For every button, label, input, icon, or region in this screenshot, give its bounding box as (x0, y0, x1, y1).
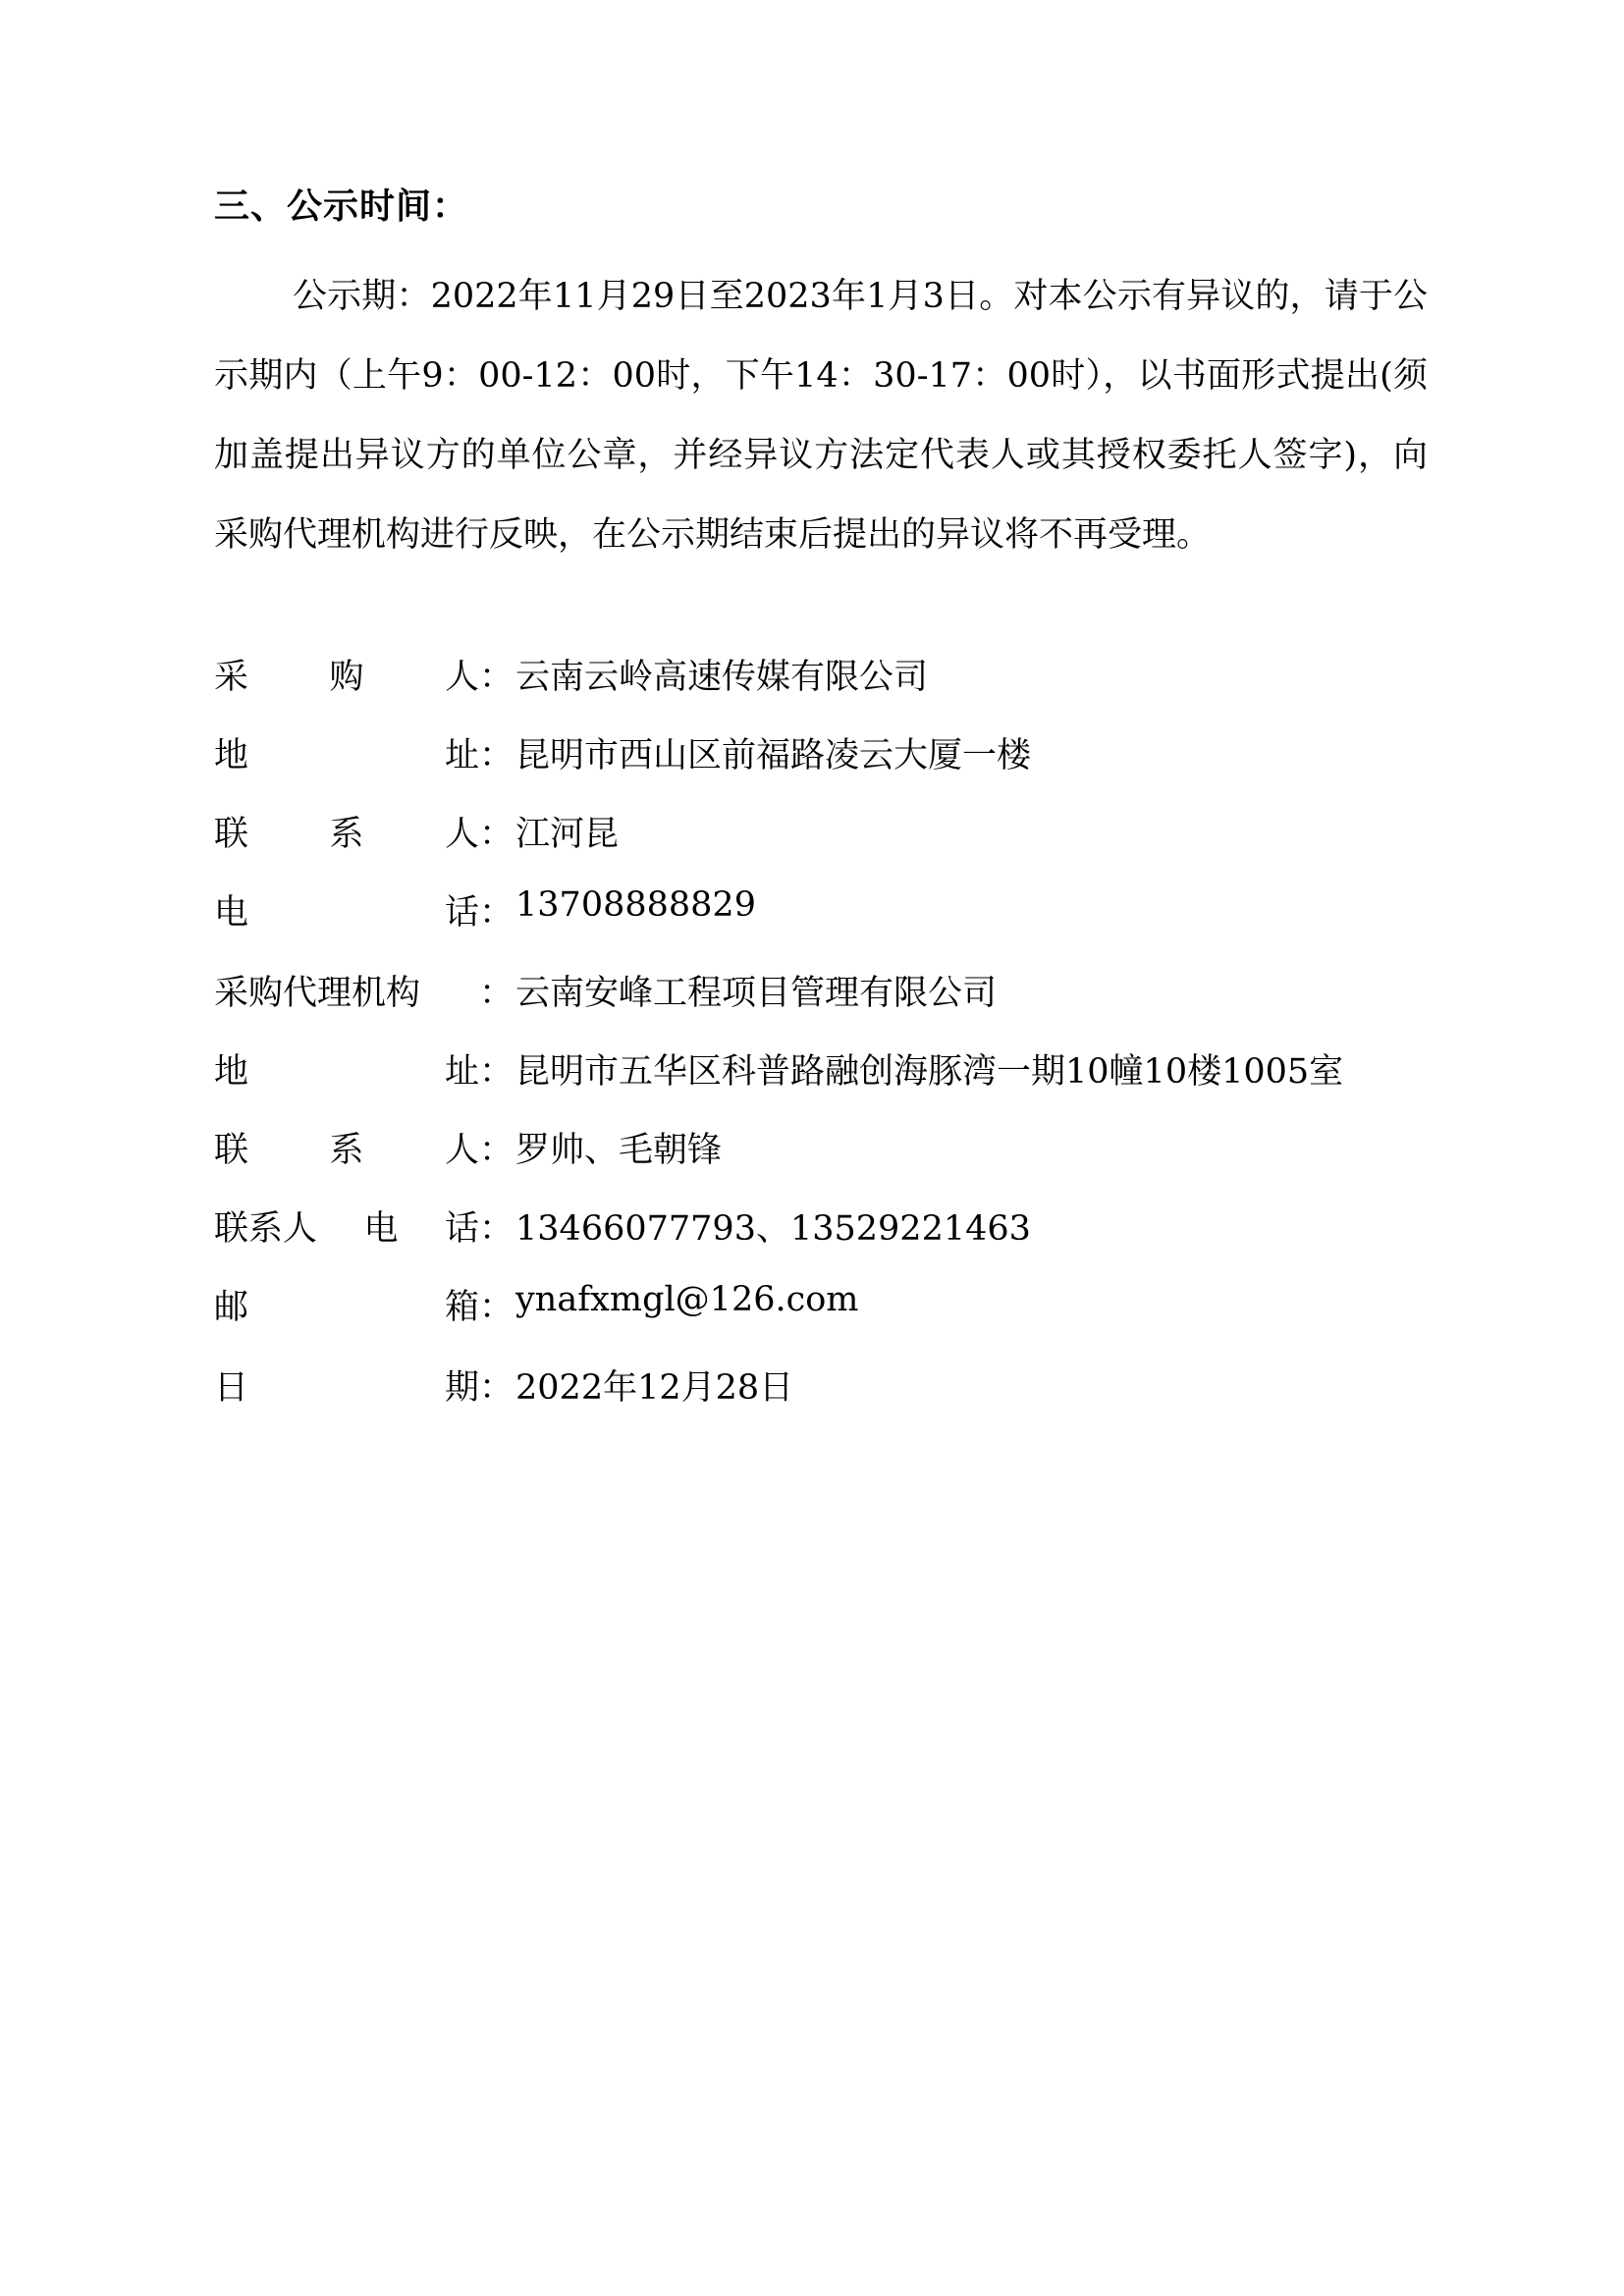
label-colon: ： (479, 650, 514, 709)
contact-label: 采购人 (214, 650, 479, 709)
label-colon: ： (479, 728, 514, 787)
label-part: 箱 (445, 1280, 479, 1339)
label-colon: ： (479, 1123, 514, 1182)
contact-row: 采购人：云南云岭高速传媒有限公司 (214, 650, 928, 709)
section-heading: 三、公示时间： (214, 179, 468, 229)
label-part: 人 (445, 1123, 479, 1182)
contact-value: 江河昆 (514, 807, 619, 866)
label-part: 系 (329, 807, 363, 866)
contact-value: 2022年12月28日 (514, 1361, 793, 1419)
contact-label: 联系人 (214, 807, 479, 866)
label-part: 地 (214, 728, 248, 787)
label-colon: ： (479, 966, 514, 1025)
label-colon: ： (479, 807, 514, 866)
contact-row: 日期：2022年12月28日 (214, 1361, 793, 1419)
contact-label: 联系人电话 (214, 1201, 479, 1260)
contact-value: 昆明市五华区科普路融创海豚湾一期10幢10楼1005室 (514, 1044, 1343, 1103)
label-part: 邮 (214, 1280, 248, 1339)
label-part: 址 (445, 1044, 479, 1103)
label-part: 话 (445, 885, 479, 944)
label-colon: ： (479, 1361, 514, 1419)
contact-label: 地址 (214, 1044, 479, 1103)
contact-row: 联系人：江河昆 (214, 807, 619, 866)
notice-paragraph: 公示期：2022年11月29日至2023年1月3日。对本公示有异议的，请于公示期… (214, 257, 1428, 575)
label-part: 购 (329, 650, 363, 709)
label-part: 联系人 (214, 1201, 317, 1260)
label-part: 联 (214, 1123, 248, 1182)
contact-label: 邮箱 (214, 1280, 479, 1339)
contact-value: 13466077793、13529221463 (514, 1201, 1031, 1260)
contact-row: 邮箱：ynafxmgl@126.com (214, 1280, 858, 1339)
label-part: 联 (214, 807, 248, 866)
contact-row: 联系人：罗帅、毛朝锋 (214, 1123, 722, 1182)
label-part: 址 (445, 728, 479, 787)
label-part: 系 (329, 1123, 363, 1182)
label-part: 日 (214, 1361, 248, 1419)
label-part: 地 (214, 1044, 248, 1103)
contact-label: 联系人 (214, 1123, 479, 1182)
contact-label: 日期 (214, 1361, 479, 1419)
contact-row: 地址：昆明市西山区前福路凌云大厦一楼 (214, 728, 1031, 787)
label-part: 期 (445, 1361, 479, 1419)
contact-value: 罗帅、毛朝锋 (514, 1123, 722, 1182)
label-part: 采购代理机构 (214, 966, 420, 1025)
label-colon: ： (479, 1044, 514, 1103)
label-colon: ： (479, 1201, 514, 1260)
label-colon: ： (479, 885, 514, 944)
label-part: 采 (214, 650, 248, 709)
contact-row: 地址：昆明市五华区科普路融创海豚湾一期10幢10楼1005室 (214, 1044, 1343, 1103)
label-part: 电 (214, 885, 248, 944)
contact-label: 采购代理机构 (214, 966, 479, 1025)
contact-row: 电话：13708888829 (214, 885, 756, 944)
contact-label: 地址 (214, 728, 479, 787)
contact-label: 电话 (214, 885, 479, 944)
contact-value: 昆明市西山区前福路凌云大厦一楼 (514, 728, 1031, 787)
contact-value: 云南安峰工程项目管理有限公司 (514, 966, 997, 1025)
contact-row: 采购代理机构：云南安峰工程项目管理有限公司 (214, 966, 997, 1025)
contact-row: 联系人电话：13466077793、13529221463 (214, 1201, 1031, 1260)
label-part: 人 (445, 650, 479, 709)
label-colon: ： (479, 1280, 514, 1339)
label-part: 人 (445, 807, 479, 866)
contact-value: 13708888829 (514, 885, 756, 944)
label-part: 电 (363, 1201, 398, 1260)
document-page: 三、公示时间： 公示期：2022年11月29日至2023年1月3日。对本公示有异… (0, 0, 1624, 2296)
label-part: 话 (445, 1201, 479, 1260)
contact-value: 云南云岭高速传媒有限公司 (514, 650, 928, 709)
contact-value: ynafxmgl@126.com (514, 1280, 858, 1339)
